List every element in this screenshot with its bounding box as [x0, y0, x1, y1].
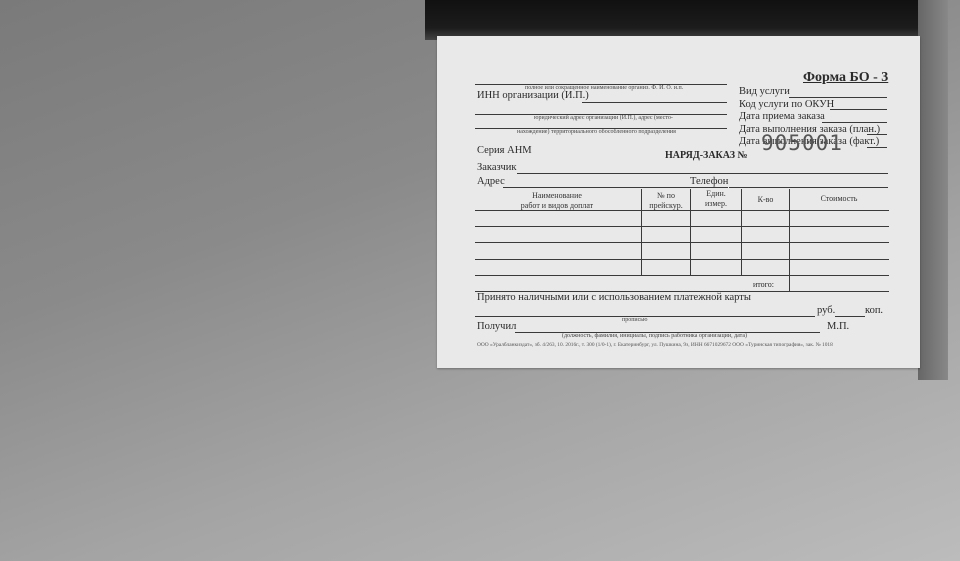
col-divider	[690, 189, 691, 276]
table-row[interactable]	[475, 259, 889, 260]
inn-line	[582, 102, 727, 103]
address-caption-2: нахождение) территориального обособленно…	[517, 129, 676, 135]
order-number: 905001	[761, 131, 843, 155]
address-caption-1: юридический адрес организации (И.П.), ад…	[534, 115, 673, 121]
table-row[interactable]	[475, 210, 889, 211]
printer-footer: ООО «Уралбланкиздат», зб. 4/263, 10. 201…	[477, 342, 833, 348]
header-name-line1: Наименование	[497, 191, 617, 201]
customer-label: Заказчик	[477, 162, 516, 173]
order-title: НАРЯД-ЗАКАЗ №	[665, 150, 748, 161]
table-row[interactable]	[475, 275, 889, 276]
table-row[interactable]	[475, 242, 889, 243]
service-type-field[interactable]	[789, 97, 887, 98]
kop-field[interactable]	[835, 316, 865, 317]
col-divider	[641, 189, 642, 276]
header-unit: Един. измер.	[692, 189, 740, 209]
header-price-line1: № по	[643, 191, 689, 201]
phone-field[interactable]	[729, 187, 888, 188]
header-unit-line1: Един.	[692, 189, 740, 199]
payment-label: Принято наличными или с использованием п…	[477, 292, 751, 303]
header-qty: К-во	[743, 195, 788, 205]
received-label: Получил	[477, 321, 516, 332]
header-name: Наименование работ и видов доплат	[497, 191, 617, 211]
form-title: Форма БО - 3	[803, 70, 888, 86]
rub-label: руб.	[817, 305, 835, 316]
okun-code-field[interactable]	[830, 109, 887, 110]
scanner-shadow	[425, 0, 945, 40]
table-row[interactable]	[475, 226, 889, 227]
received-caption: (должность, фамилия, инициалы, подпись р…	[562, 333, 747, 339]
scanner-shadow-right	[918, 0, 948, 380]
inn-label: ИНН организации (И.П.)	[477, 90, 589, 101]
header-cost: Стоимость	[791, 194, 887, 204]
header-unit-line2: измер.	[692, 199, 740, 209]
customer-field[interactable]	[517, 173, 888, 174]
in-words-caption: прописью	[622, 317, 648, 323]
kop-label: коп.	[865, 305, 883, 316]
order-date-field[interactable]	[822, 122, 887, 123]
order-form-page: полное или сокращенное наименование орга…	[437, 36, 920, 368]
series-label: Серия АНМ	[477, 145, 532, 156]
stamp-label: М.П.	[827, 321, 849, 332]
col-divider	[741, 189, 742, 276]
phone-label: Телефон	[690, 176, 728, 187]
address-label: Адрес	[477, 176, 505, 187]
header-price-no: № по прейскур.	[643, 191, 689, 211]
actual-date-field[interactable]	[867, 147, 887, 148]
address-field[interactable]	[503, 187, 728, 188]
total-label: итого:	[753, 280, 774, 289]
planned-date-field[interactable]	[867, 134, 887, 135]
